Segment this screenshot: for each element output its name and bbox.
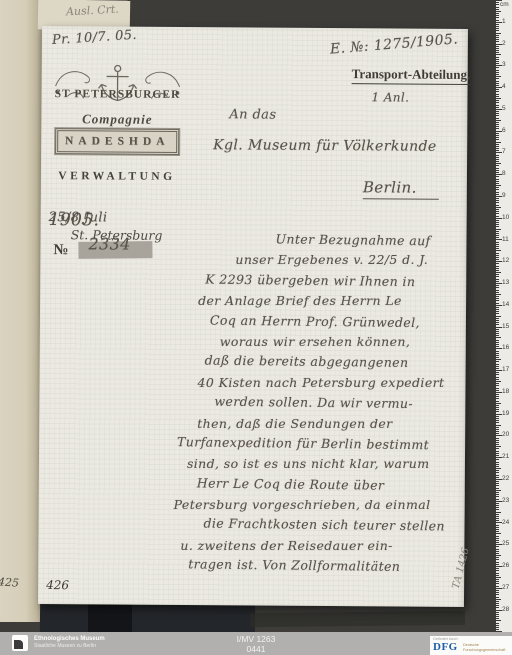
handwriting-line: woraus wir ersehen können, xyxy=(170,332,492,352)
handwriting-line: werden sollen. Da wir vermu- xyxy=(169,391,491,415)
ruler-tick xyxy=(496,194,499,195)
ruler-tick xyxy=(496,248,499,249)
ruler-tick xyxy=(496,183,499,184)
ruler-tick xyxy=(496,418,499,419)
ruler-tick xyxy=(496,488,499,489)
address-line-3: Berlin. xyxy=(363,178,439,200)
ruler-number: 2 xyxy=(502,40,512,47)
ruler-tick xyxy=(496,438,499,439)
ruler-tick xyxy=(496,516,499,517)
ruler-tick xyxy=(496,57,499,58)
ruler-tick xyxy=(496,361,499,362)
ruler-number: 6 xyxy=(502,127,512,134)
ruler-tick xyxy=(496,50,499,51)
ruler-tick xyxy=(496,290,499,291)
ruler-tick xyxy=(496,287,499,288)
ruler-number: 27 xyxy=(502,584,512,591)
ruler-tick xyxy=(496,59,499,60)
ruler-number: 3 xyxy=(502,61,512,68)
ruler-tick xyxy=(496,63,499,64)
ruler-tick xyxy=(496,7,499,8)
handwriting-line: daß die bereits abgegangenen xyxy=(170,350,492,374)
ruler-tick xyxy=(496,220,499,221)
ruler-tick xyxy=(496,505,499,506)
ruler-tick xyxy=(496,333,499,334)
ruler-tick xyxy=(496,39,499,40)
ruler-tick xyxy=(496,233,499,234)
ruler-tick xyxy=(496,620,501,621)
ruler-tick xyxy=(496,533,501,534)
handwriting-line: tragen ist. Von Zollformalitäten xyxy=(168,554,490,578)
ruler-tick xyxy=(496,549,499,550)
ruler-tick xyxy=(496,61,499,62)
page-number-under: 425 xyxy=(0,575,19,589)
handwriting-line: Herr Le Coq die Route über xyxy=(169,473,491,497)
ruler-tick xyxy=(496,559,499,560)
page-number-main: 426 xyxy=(46,578,69,592)
handwriting-line: Petersburg vorgeschrieben, da einmal xyxy=(169,495,491,515)
ruler-tick xyxy=(496,337,501,338)
ruler-tick xyxy=(496,557,499,558)
ruler-tick xyxy=(496,30,499,31)
ruler-tick xyxy=(496,401,499,402)
dfg-name-line2: Forschungsgemeinschaft xyxy=(463,648,505,653)
handwriting-line: Coq an Herrn Prof. Grünwedel, xyxy=(170,310,492,334)
ruler-tick xyxy=(496,607,499,608)
ruler-tick xyxy=(496,159,499,160)
ruler-tick xyxy=(496,89,499,90)
ruler-number: 17 xyxy=(502,366,512,373)
ruler-tick xyxy=(496,629,499,630)
ruler-tick xyxy=(496,91,499,92)
ruler-tick xyxy=(496,468,501,469)
ruler-tick xyxy=(496,405,499,406)
ruler-tick xyxy=(496,597,499,598)
inventory-id-line2: 0441 xyxy=(196,644,316,654)
ruler-number: 4 xyxy=(502,83,512,90)
ruler-tick xyxy=(496,78,499,79)
ruler-number: 21 xyxy=(502,453,512,460)
handwriting-line: unser Ergebenes v. 22/5 d. J. xyxy=(170,250,492,270)
ruler-tick xyxy=(496,126,499,127)
ruler-tick xyxy=(496,562,499,563)
ruler-tick xyxy=(496,346,499,347)
date-year: 1905. xyxy=(49,210,100,230)
ruler-tick xyxy=(496,403,501,404)
handwriting-line: der Anlage Brief des Herrn Le xyxy=(170,291,492,311)
ruler-tick xyxy=(496,573,499,574)
anchor-icon xyxy=(47,62,187,109)
ruler-number: 1 xyxy=(502,18,512,25)
company-name-2: Compagnie xyxy=(47,111,187,128)
ruler-tick xyxy=(496,431,499,432)
ruler-tick xyxy=(496,496,499,497)
ruler-tick xyxy=(496,279,499,280)
ruler-tick xyxy=(496,98,501,99)
ruler-tick xyxy=(496,605,499,606)
ruler-tick xyxy=(496,213,499,214)
ruler-tick xyxy=(496,583,499,584)
ruler-tick xyxy=(496,124,499,125)
ruler-tick xyxy=(496,2,499,3)
museum-logo-glyph xyxy=(14,640,23,649)
ruler-tick xyxy=(496,507,499,508)
company-banner: NADESHDA xyxy=(55,128,179,155)
address-line-1: An das xyxy=(229,107,276,122)
ruler-tick xyxy=(496,28,499,29)
ruler-tick xyxy=(496,520,499,521)
handwriting-line: Turfanexpedition für Berlin bestimmt xyxy=(169,432,491,456)
ruler-tick xyxy=(496,542,499,543)
ruler-tick xyxy=(496,538,499,539)
ruler-tick xyxy=(496,115,499,116)
ruler-tick xyxy=(496,509,499,510)
ruler-tick xyxy=(496,244,499,245)
ruler-tick xyxy=(496,570,499,571)
archival-scan: Ausl. Crt. 425 Pr. 10/7. 05. ST PETERSBU… xyxy=(0,0,512,655)
ruler-tick xyxy=(496,250,501,251)
ruler-tick xyxy=(496,374,499,375)
ruler-tick xyxy=(496,20,499,21)
ruler-tick xyxy=(496,170,499,171)
ruler-tick xyxy=(496,379,499,380)
ruler-tick xyxy=(496,120,501,121)
ruler-tick xyxy=(496,494,499,495)
ruler-tick xyxy=(496,33,501,34)
ruler-tick xyxy=(496,390,499,391)
ruler-tick xyxy=(496,142,501,143)
ruler-number: 7 xyxy=(502,148,512,155)
museum-credit: Ethnologisches Museum Staatliche Museen … xyxy=(34,636,105,649)
ruler-tick xyxy=(496,518,499,519)
dfg-logo: Gefördert durch DFG Deutsche Forschungsg… xyxy=(430,636,512,655)
ruler-tick xyxy=(496,202,499,203)
ruler-tick xyxy=(496,146,499,147)
ruler-tick xyxy=(496,46,499,47)
ruler-tick xyxy=(496,614,499,615)
ruler-tick xyxy=(496,427,499,428)
ruler-tick xyxy=(496,67,499,68)
ruler-tick xyxy=(496,340,499,341)
ruler-number: 13 xyxy=(502,279,512,286)
ruler-tick xyxy=(496,594,499,595)
ruler-tick xyxy=(496,209,499,210)
ruler-tick xyxy=(496,179,499,180)
ruler-tick xyxy=(496,359,501,360)
ruler-tick xyxy=(496,322,499,323)
handwriting-line: 40 Kisten nach Petersburg expediert xyxy=(170,373,492,393)
ruler-tick xyxy=(496,70,499,71)
ruler-tick xyxy=(496,270,499,271)
ruler-tick xyxy=(496,292,499,293)
ruler-tick xyxy=(496,133,499,134)
ruler-tick xyxy=(496,335,499,336)
ruler-tick xyxy=(496,300,499,301)
ruler-tick xyxy=(496,157,499,158)
ruler-tick xyxy=(496,161,499,162)
ruler-tick xyxy=(496,355,499,356)
ruler-tick xyxy=(496,74,499,75)
ruler-tick xyxy=(496,592,499,593)
ruler-tick xyxy=(496,76,501,77)
ruler-tick xyxy=(496,303,499,304)
ruler-tick xyxy=(496,48,499,49)
ruler-tick xyxy=(496,137,499,138)
ruler-tick xyxy=(496,4,499,5)
ruler-tick xyxy=(496,453,499,454)
ruler-tick xyxy=(496,216,499,217)
ruler-tick xyxy=(496,222,499,223)
ruler-tick xyxy=(496,176,499,177)
number-label: № xyxy=(53,242,68,259)
ruler-tick xyxy=(496,396,499,397)
department-stamp: Transport-Abteilung. xyxy=(352,66,471,85)
company-name: ST PETERSBURGER xyxy=(47,88,187,101)
ruler-tick xyxy=(496,187,499,188)
ruler-tick xyxy=(496,616,499,617)
ruler-tick xyxy=(496,342,499,343)
ruler-tick xyxy=(496,229,501,230)
ruler-tick xyxy=(496,172,499,173)
ruler-tick xyxy=(496,329,499,330)
dfg-abbr: DFG xyxy=(433,641,458,653)
ruler-tick xyxy=(496,139,499,140)
ruler-tick xyxy=(496,440,499,441)
address-line-2: Kgl. Museum für Völkerkunde xyxy=(213,137,437,155)
ruler-tick xyxy=(496,485,499,486)
ruler-tick xyxy=(496,37,499,38)
ruler-tick xyxy=(496,586,499,587)
ruler-tick xyxy=(496,198,499,199)
page-shadow xyxy=(250,611,465,627)
ruler-tick xyxy=(496,294,501,295)
footer-bar: Ethnologisches Museum Staatliche Museen … xyxy=(0,632,512,655)
ruler-tick xyxy=(496,205,499,206)
ruler-tick xyxy=(496,296,499,297)
ruler-tick xyxy=(496,398,499,399)
ruler-tick xyxy=(496,94,499,95)
ruler-tick xyxy=(496,102,499,103)
ruler-tick xyxy=(496,372,499,373)
ruler-tick xyxy=(496,422,499,423)
ruler-tick xyxy=(496,499,499,500)
ruler-tick xyxy=(496,192,499,193)
ruler-tick xyxy=(496,181,499,182)
ruler-tick xyxy=(496,324,499,325)
ruler-tick xyxy=(496,490,501,491)
incoming-number: E. №: 1275/1905. xyxy=(329,31,458,57)
inventory-id: I/MV 1263 0441 xyxy=(196,634,316,654)
ruler-tick xyxy=(496,41,499,42)
ruler-tick xyxy=(496,475,499,476)
ruler-tick xyxy=(496,455,499,456)
ruler-tick xyxy=(496,148,499,149)
ruler-tick xyxy=(496,555,501,556)
ruler-tick xyxy=(496,155,499,156)
ruler-tick xyxy=(496,388,499,389)
ruler-number: 25 xyxy=(502,540,512,547)
ruler-tick xyxy=(496,472,499,473)
ruler-tick xyxy=(496,111,499,112)
ruler-number: 26 xyxy=(502,562,512,569)
ruler-tick xyxy=(496,242,499,243)
ruler-tick xyxy=(496,618,499,619)
ruler-tick xyxy=(496,625,499,626)
ruler-tick xyxy=(496,231,499,232)
ruler-tick xyxy=(496,603,499,604)
ruler-tick xyxy=(496,113,499,114)
ruler-tick xyxy=(496,446,501,447)
ruler-number: 9 xyxy=(502,192,512,199)
top-pencil-note: Ausl. Crt. xyxy=(66,3,119,19)
ruler-tick xyxy=(496,577,501,578)
ruler-tick xyxy=(496,35,499,36)
ruler-tick xyxy=(496,503,499,504)
ruler-tick xyxy=(496,407,499,408)
ruler-tick xyxy=(496,444,499,445)
museum-sub: Staatliche Museen zu Berlin xyxy=(34,643,105,649)
ruler-tick xyxy=(496,246,499,247)
number-value: 2334 xyxy=(88,234,130,253)
ruler-tick xyxy=(496,144,499,145)
ruler-tick xyxy=(496,13,499,14)
ruler-tick xyxy=(496,331,499,332)
ruler-tick xyxy=(496,268,499,269)
ruler-tick xyxy=(496,601,499,602)
ruler-number: 11 xyxy=(502,236,512,243)
ruler-tick xyxy=(496,107,499,108)
ruler-tick xyxy=(496,416,499,417)
ruler-tick xyxy=(496,272,501,273)
ruler-tick xyxy=(496,52,499,53)
ruler-tick xyxy=(496,553,499,554)
ruler-tick xyxy=(496,96,499,97)
ruler-number: 12 xyxy=(502,257,512,264)
ruler-tick xyxy=(496,429,499,430)
handwriting-line: Unter Bezugnahme auf xyxy=(170,228,492,252)
ruler-tick xyxy=(496,527,499,528)
ruler-tick xyxy=(496,377,499,378)
ruler-number: 20 xyxy=(502,431,512,438)
ruler-tick xyxy=(496,462,499,463)
ruler-tick xyxy=(496,185,501,186)
ruler-tick xyxy=(496,411,499,412)
ruler-tick xyxy=(496,425,501,426)
presentation-note: Pr. 10/7. 05. xyxy=(52,28,138,48)
ruler-number: 8 xyxy=(502,170,512,177)
ruler-tick xyxy=(496,24,499,25)
ruler-number: 22 xyxy=(502,475,512,482)
ruler-tick xyxy=(496,320,499,321)
ruler-number: 14 xyxy=(502,301,512,308)
ruler-tick xyxy=(496,83,499,84)
ruler-tick xyxy=(496,11,501,12)
ruler-number: 23 xyxy=(502,497,512,504)
ruler-tick xyxy=(496,0,502,1)
ruler-number: 15 xyxy=(502,323,512,330)
ruler-tick xyxy=(496,448,499,449)
ruler-tick xyxy=(496,307,499,308)
ruler-number: 18 xyxy=(502,388,512,395)
ruler-tick xyxy=(496,163,501,164)
ruler-tick xyxy=(496,540,499,541)
ruler-tick xyxy=(496,17,499,18)
ruler-tick xyxy=(496,100,499,101)
letter-page: Pr. 10/7. 05. ST PETERSBURGER Compagnie … xyxy=(38,26,468,607)
museum-name: Ethnologisches Museum xyxy=(34,636,105,643)
inventory-id-line1: I/MV 1263 xyxy=(196,634,316,644)
ruler-tick xyxy=(496,263,499,264)
ruler-tick xyxy=(496,612,499,613)
ruler-tick xyxy=(496,525,499,526)
ruler-tick xyxy=(496,313,499,314)
ruler-number: 10 xyxy=(502,214,512,221)
ruler-tick xyxy=(496,546,499,547)
ruler-number: 5 xyxy=(502,105,512,112)
handwriting-line: u. zweitens der Reisedauer ein- xyxy=(168,536,490,556)
enclosure-note: 1 Anl. xyxy=(371,90,409,104)
ruler-tick xyxy=(496,466,499,467)
ruler-tick xyxy=(496,266,499,267)
ruler-tick xyxy=(496,590,499,591)
ruler-tick xyxy=(496,564,499,565)
ruler-tick xyxy=(496,168,499,169)
ruler-tick xyxy=(496,536,499,537)
ruler-tick xyxy=(496,344,499,345)
ruler-tick xyxy=(496,420,499,421)
ruler-unit-label: cm xyxy=(500,1,509,8)
ruler-tick xyxy=(496,442,499,443)
letterhead: ST PETERSBURGER Compagnie NADESHDA VERWA… xyxy=(47,62,188,223)
ruler-tick xyxy=(496,105,499,106)
ruler-tick xyxy=(496,364,499,365)
ruler-tick xyxy=(496,483,499,484)
ruler-tick xyxy=(496,276,499,277)
administration-label: VERWALTUNG xyxy=(47,170,187,183)
ruler-tick xyxy=(496,15,499,16)
ruler-tick xyxy=(496,381,501,382)
ruler-tick xyxy=(496,235,499,236)
ruler-tick xyxy=(496,207,501,208)
ruler-tick xyxy=(496,122,499,123)
ruler-tick xyxy=(496,274,499,275)
ruler-tick xyxy=(496,383,499,384)
ruler-tick xyxy=(496,237,499,238)
ruler-tick xyxy=(496,9,499,10)
ruler-tick xyxy=(496,128,499,129)
ruler-tick xyxy=(496,581,499,582)
handwriting-line: then, daß die Sendungen der xyxy=(169,414,491,434)
ruler-tick xyxy=(496,309,499,310)
ruler-tick xyxy=(496,366,499,367)
ruler-tick xyxy=(496,165,499,166)
ruler-tick xyxy=(496,118,499,119)
ruler-number: 28 xyxy=(502,606,512,613)
ruler-tick xyxy=(496,623,499,624)
ruler-tick xyxy=(496,26,499,27)
ruler-tick xyxy=(496,627,499,628)
ruler-tick xyxy=(496,351,499,352)
handwriting-line: sind, so ist es uns nicht klar, warum xyxy=(169,454,491,474)
ruler-tick xyxy=(496,285,499,286)
ruler-tick xyxy=(496,470,499,471)
ruler-tick xyxy=(496,54,501,55)
ruler-tick xyxy=(496,253,499,254)
ruler-tick xyxy=(496,575,499,576)
ruler-tick xyxy=(496,255,499,256)
ruler-tick xyxy=(496,514,499,515)
ruler-tick xyxy=(496,259,499,260)
